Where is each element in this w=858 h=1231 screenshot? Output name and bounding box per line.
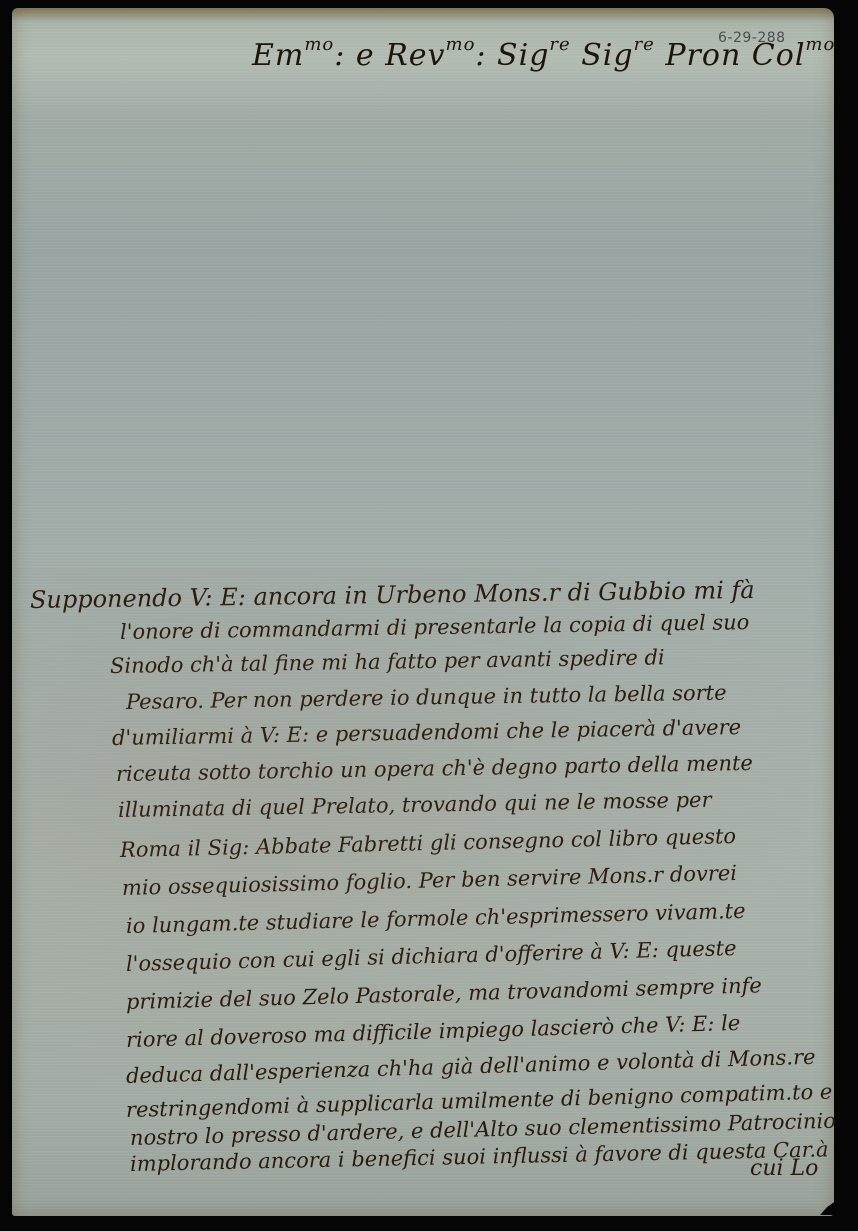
body-line: l'onore di commandarmi di presentarle la… bbox=[120, 610, 750, 644]
salutation-superscript: mo bbox=[304, 34, 334, 55]
letter-page: Emmo: e Revmo: Sigre Sigre Pron Colmo 6-… bbox=[12, 8, 834, 1216]
body-line: Pesaro. Per non perdere io dunque in tut… bbox=[126, 681, 727, 714]
body-line: illuminata di quel Prelato, trovando qui… bbox=[118, 788, 712, 822]
salutation-part: : Sig bbox=[475, 38, 549, 73]
salutation-part: Sig bbox=[571, 38, 634, 73]
salutation-superscript: re bbox=[549, 34, 570, 55]
letter-closing: cui Lo bbox=[750, 1156, 818, 1181]
body-line: io lungam.te studiare le formole ch'espr… bbox=[126, 899, 746, 938]
body-line: d'umiliarmi à V: E: e persuadendomi che … bbox=[112, 715, 741, 750]
body-line: Roma il Sig: Abbate Fabretti gli consegn… bbox=[120, 824, 737, 862]
salutation-superscript: re bbox=[634, 34, 655, 55]
archive-number: 6-29-288 bbox=[718, 30, 786, 46]
body-line: primizie del suo Zelo Pastorale, ma trov… bbox=[126, 973, 762, 1014]
body-line: mio ossequiosissimo foglio. Per ben serv… bbox=[122, 861, 738, 900]
salutation-superscript: mo bbox=[446, 34, 476, 55]
salutation-part: : e Rev bbox=[334, 38, 445, 73]
body-line: Sinodo ch'à tal fine mi ha fatto per ava… bbox=[110, 645, 665, 678]
body-line: Supponendo V: E: ancora in Urbeno Mons.r… bbox=[30, 576, 755, 614]
body-line: l'ossequio con cui egli si dichiara d'of… bbox=[126, 936, 737, 976]
salutation-part: Em bbox=[252, 38, 304, 73]
body-line: deduca dall'esperienza ch'ha già dell'an… bbox=[126, 1045, 816, 1088]
body-line: riore al doveroso ma difficile impiego l… bbox=[126, 1011, 741, 1052]
salutation-superscript: mo bbox=[805, 34, 835, 55]
body-line: riceuta sotto torchio un opera ch'è degn… bbox=[116, 751, 753, 786]
